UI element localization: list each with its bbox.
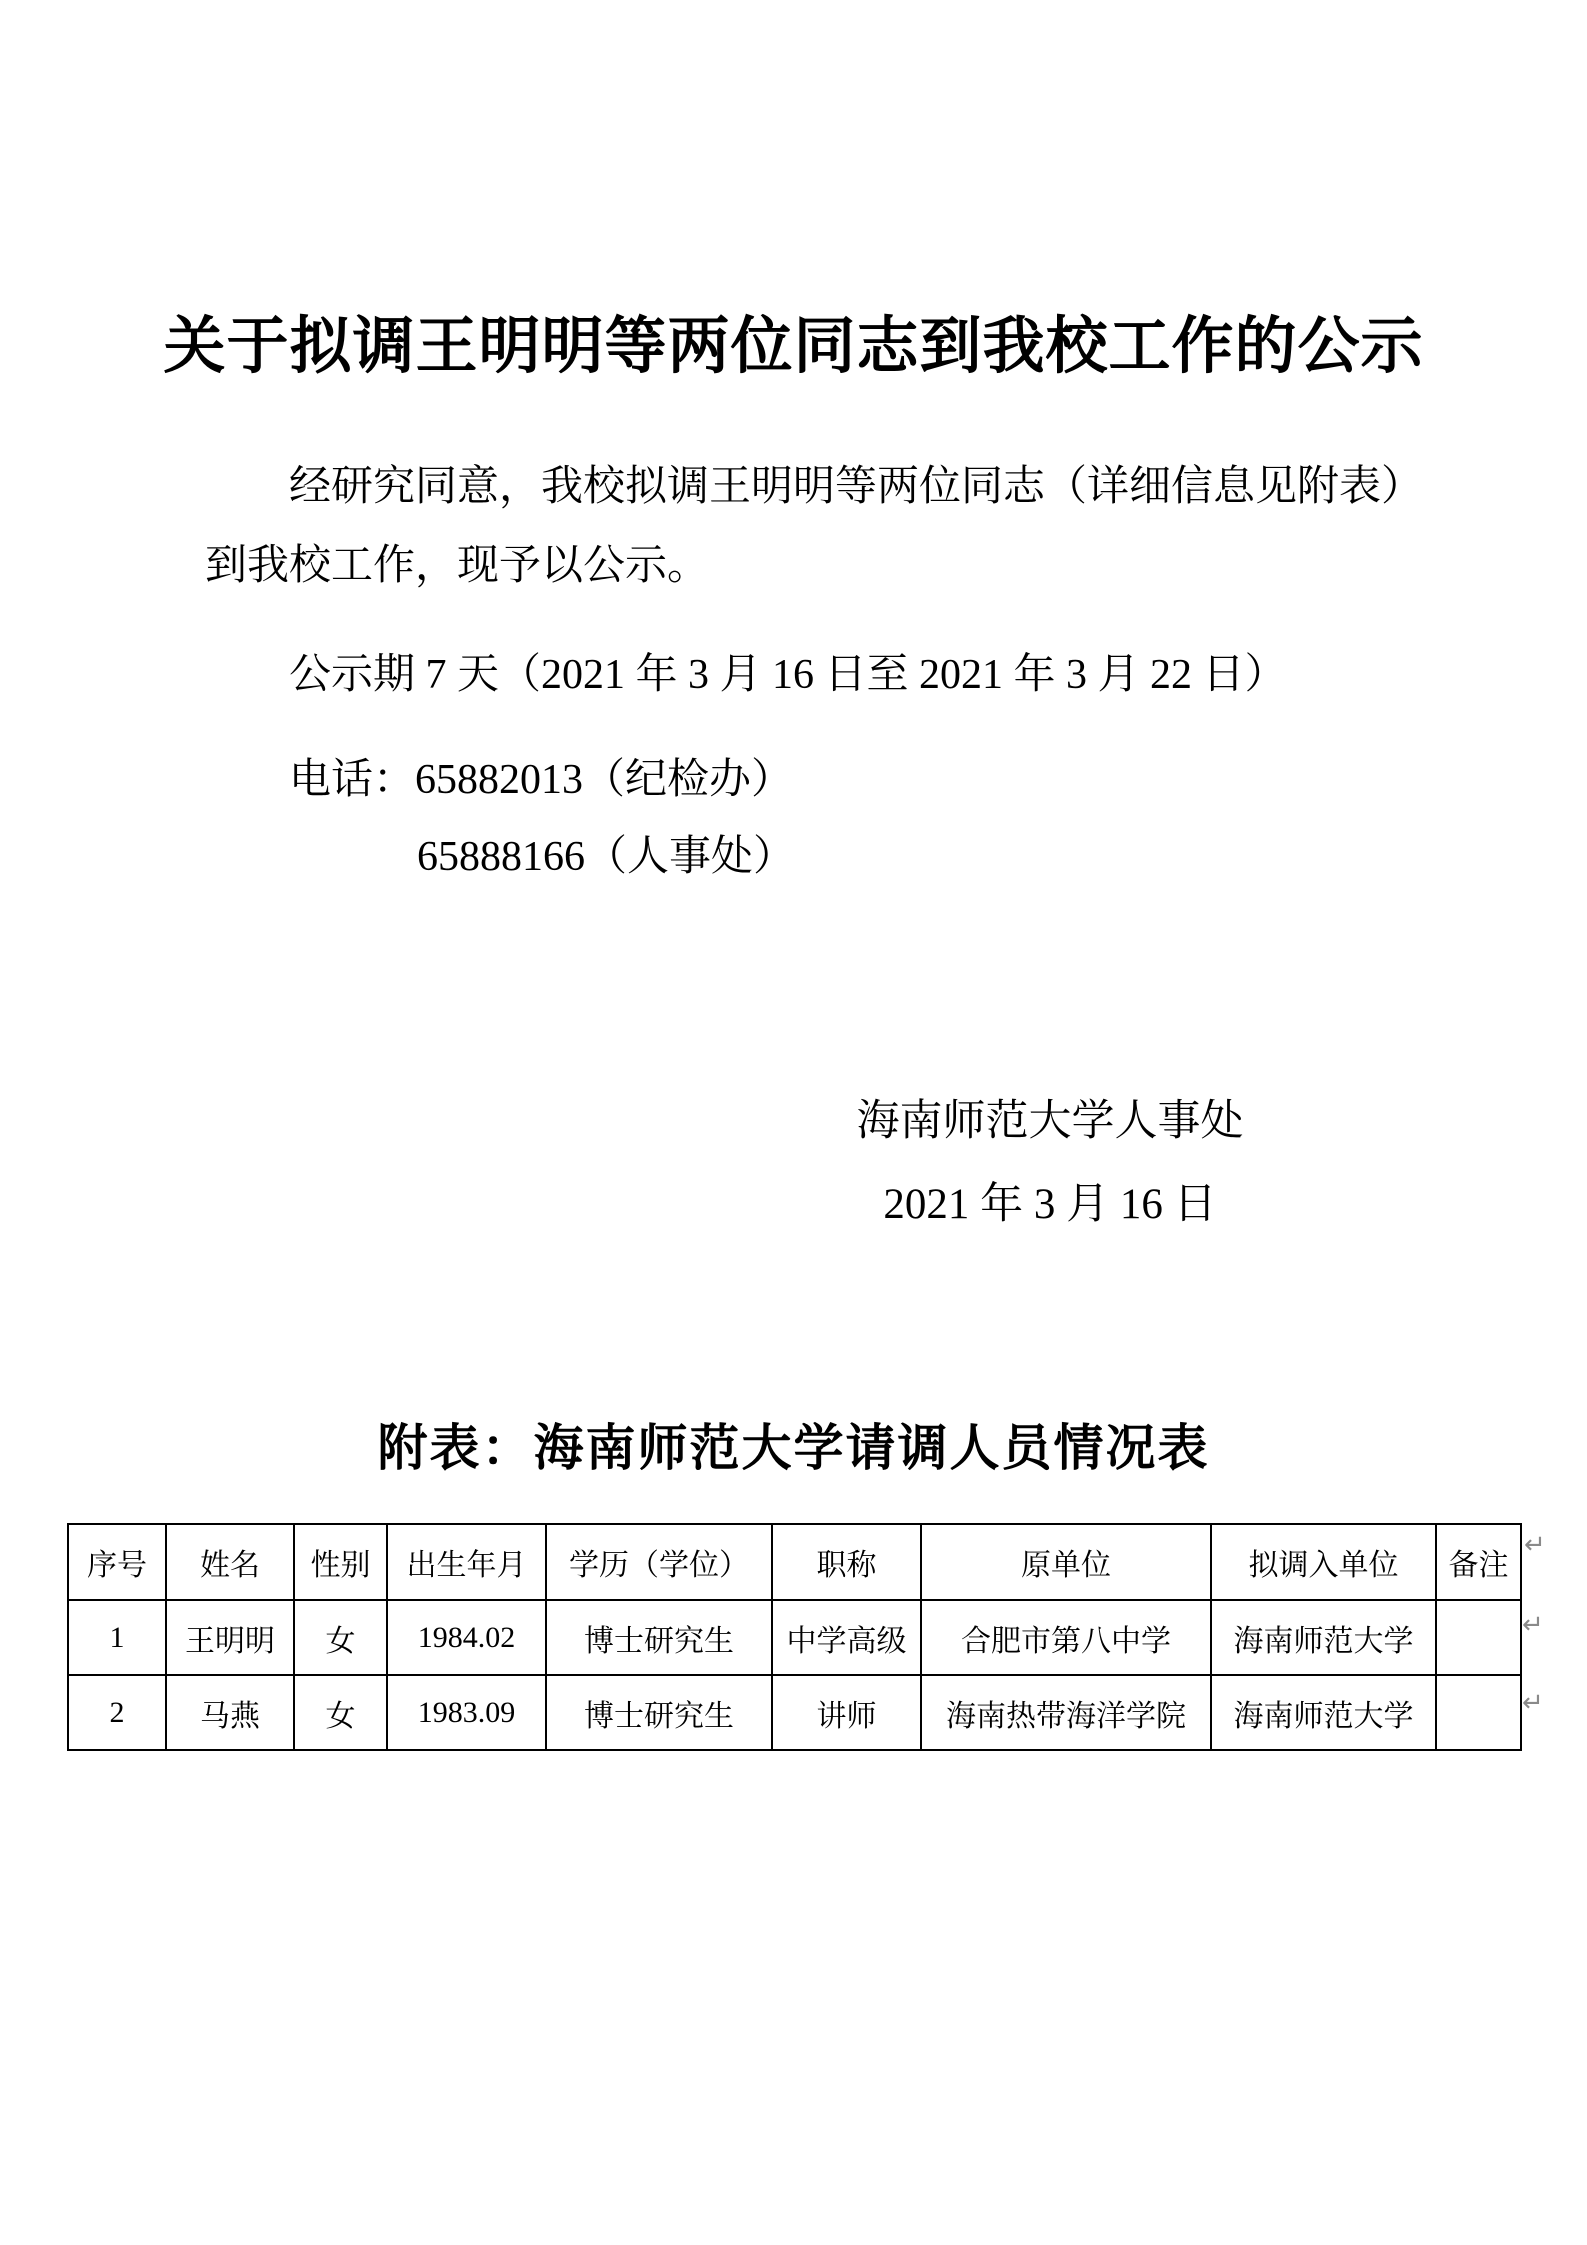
table-cell: 1984.02	[387, 1600, 546, 1675]
table-cell: 1983.09	[387, 1675, 546, 1750]
table-cell: 博士研究生	[546, 1675, 772, 1750]
table-cell: 合肥市第八中学	[921, 1600, 1211, 1675]
table-header-cell: 学历（学位）	[546, 1524, 772, 1600]
table-cell: 博士研究生	[546, 1600, 772, 1675]
table-header-cell: 职称	[772, 1524, 921, 1600]
table-header-cell: 拟调入单位	[1211, 1524, 1436, 1600]
table-cell: 马燕	[166, 1675, 294, 1750]
paragraph-mark-icon: ↵	[1522, 1612, 1544, 1638]
document-page: 关于拟调王明明等两位同志到我校工作的公示 经研究同意，我校拟调王明明等两位同志（…	[0, 0, 1587, 2245]
table-row: 1 王明明 女 1984.02 博士研究生 中学高级 合肥市第八中学 海南师范大…	[68, 1600, 1521, 1675]
signature-date: 2021 年 3 月 16 日	[760, 1170, 1340, 1231]
paragraph-mark-icon: ↵	[1524, 1532, 1546, 1558]
table-cell	[1436, 1600, 1521, 1675]
publicity-period-line: 公示期 7 天（2021 年 3 月 16 日至 2021 年 3 月 22 日…	[289, 650, 1287, 700]
body-paragraph-line-1: 经研究同意，我校拟调王明明等两位同志（详细信息见附表）	[289, 462, 1423, 512]
table-cell: 海南师范大学	[1211, 1675, 1436, 1750]
phone-line-2: 65888166（人事处）	[417, 832, 795, 882]
table-cell: 2	[68, 1675, 166, 1750]
roster-table: 序号 姓名 性别 出生年月 学历（学位） 职称 原单位 拟调入单位 备注 1 王…	[67, 1523, 1522, 1751]
table-cell: 1	[68, 1600, 166, 1675]
table-cell: 海南热带海洋学院	[921, 1675, 1211, 1750]
table-cell: 中学高级	[772, 1600, 921, 1675]
document-title: 关于拟调王明明等两位同志到我校工作的公示	[0, 296, 1587, 385]
table-cell: 海南师范大学	[1211, 1600, 1436, 1675]
table-header-cell: 出生年月	[387, 1524, 546, 1600]
table-cell: 讲师	[772, 1675, 921, 1750]
table-cell: 女	[294, 1600, 387, 1675]
table-header-row: 序号 姓名 性别 出生年月 学历（学位） 职称 原单位 拟调入单位 备注	[68, 1524, 1521, 1600]
phone-line-1: 电话：65882013（纪检办）	[289, 755, 793, 805]
table-header-cell: 序号	[68, 1524, 166, 1600]
appendix-title: 附表：海南师范大学请调人员情况表	[0, 1408, 1587, 1480]
body-paragraph-line-2: 到我校工作，现予以公示。	[205, 541, 709, 591]
table-row: 2 马燕 女 1983.09 博士研究生 讲师 海南热带海洋学院 海南师范大学	[68, 1675, 1521, 1750]
table-header-cell: 性别	[294, 1524, 387, 1600]
table-header-cell: 姓名	[166, 1524, 294, 1600]
table-cell: 王明明	[166, 1600, 294, 1675]
table-header-cell: 原单位	[921, 1524, 1211, 1600]
table-header-cell: 备注	[1436, 1524, 1521, 1600]
signature-org: 海南师范大学人事处	[760, 1087, 1340, 1148]
table-cell: 女	[294, 1675, 387, 1750]
paragraph-mark-icon: ↵	[1522, 1690, 1544, 1716]
table-cell	[1436, 1675, 1521, 1750]
